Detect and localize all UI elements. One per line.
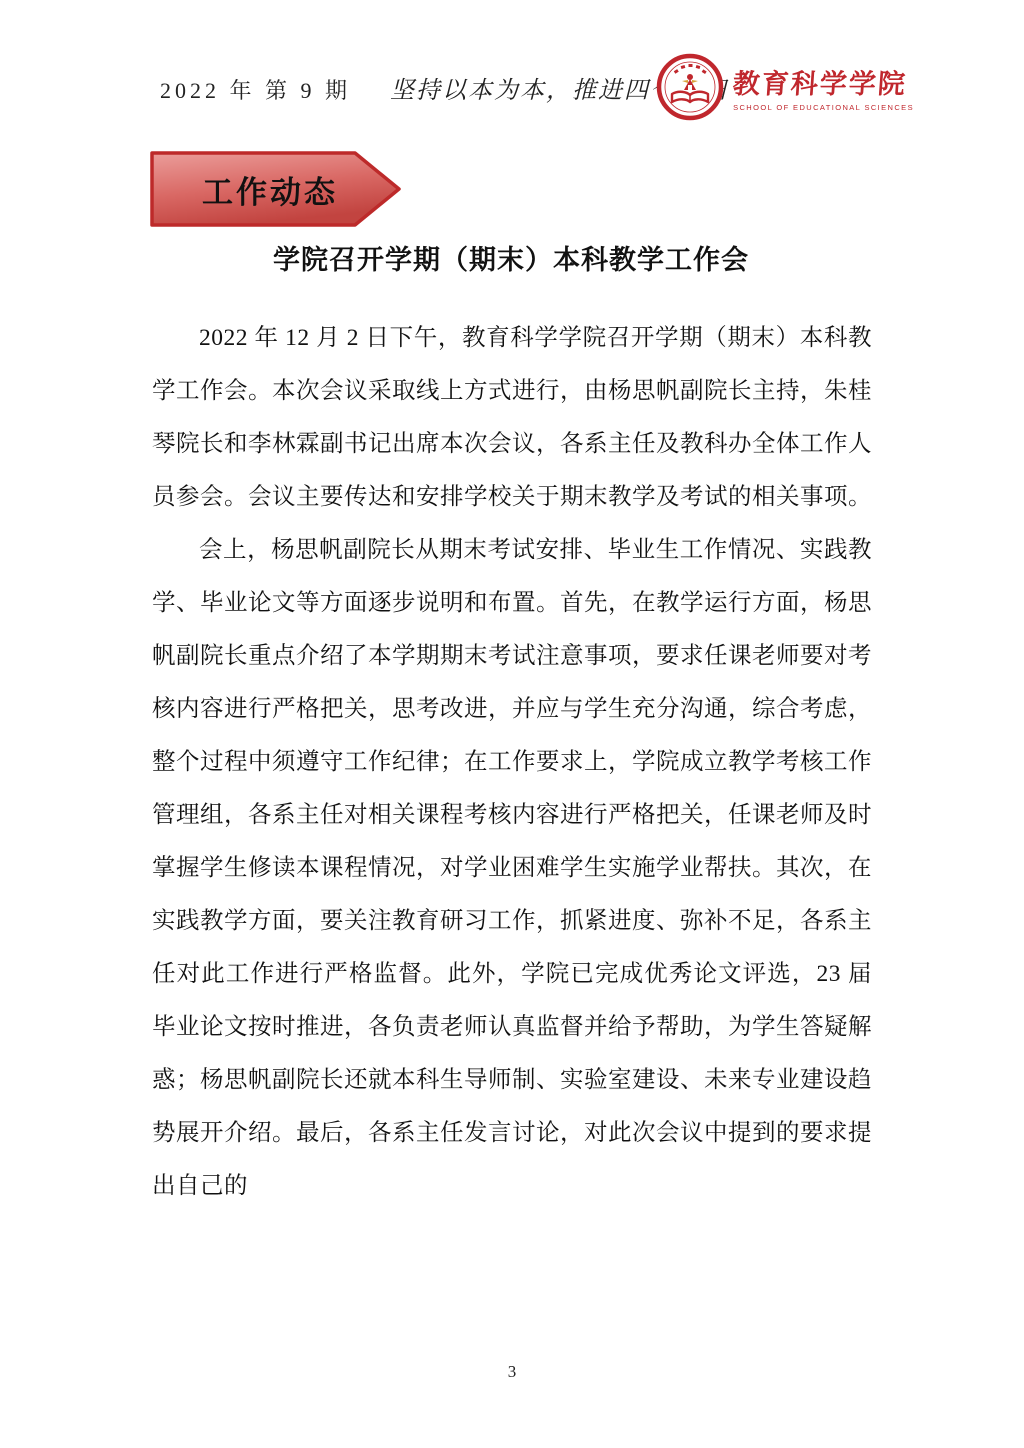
article-paragraph-2: 会上，杨思帆副院长从期末考试安排、毕业生工作情况、实践教学、毕业论文等方面逐步说… bbox=[152, 524, 872, 1213]
college-name-cn: 教育科学学院 bbox=[732, 62, 909, 101]
college-emblem-icon bbox=[655, 52, 725, 122]
page-number: 3 bbox=[0, 1362, 1024, 1382]
issue-number: 2022 年 第 9 期 bbox=[160, 74, 351, 105]
article-body: 2022 年 12 月 2 日下午，教育科学学院召开学期（期末）本科教学工作会。… bbox=[152, 312, 872, 1213]
school-logo: 教育科学学院 SCHOOL OF EDUCATIONAL SCIENCES bbox=[655, 52, 914, 122]
page-header: 2022 年 第 9 期 坚持以本为本，推进四个回归 bbox=[152, 52, 914, 130]
article-paragraph-1: 2022 年 12 月 2 日下午，教育科学学院召开学期（期末）本科教学工作会。… bbox=[152, 312, 872, 524]
logo-wordmark: 教育科学学院 SCHOOL OF EDUCATIONAL SCIENCES bbox=[733, 62, 914, 112]
article-title: 学院召开学期（期末）本科教学工作会 bbox=[152, 238, 870, 277]
college-name-en: SCHOOL OF EDUCATIONAL SCIENCES bbox=[733, 103, 914, 112]
section-banner: 工作动态 bbox=[150, 150, 402, 228]
section-banner-label: 工作动态 bbox=[180, 150, 360, 228]
